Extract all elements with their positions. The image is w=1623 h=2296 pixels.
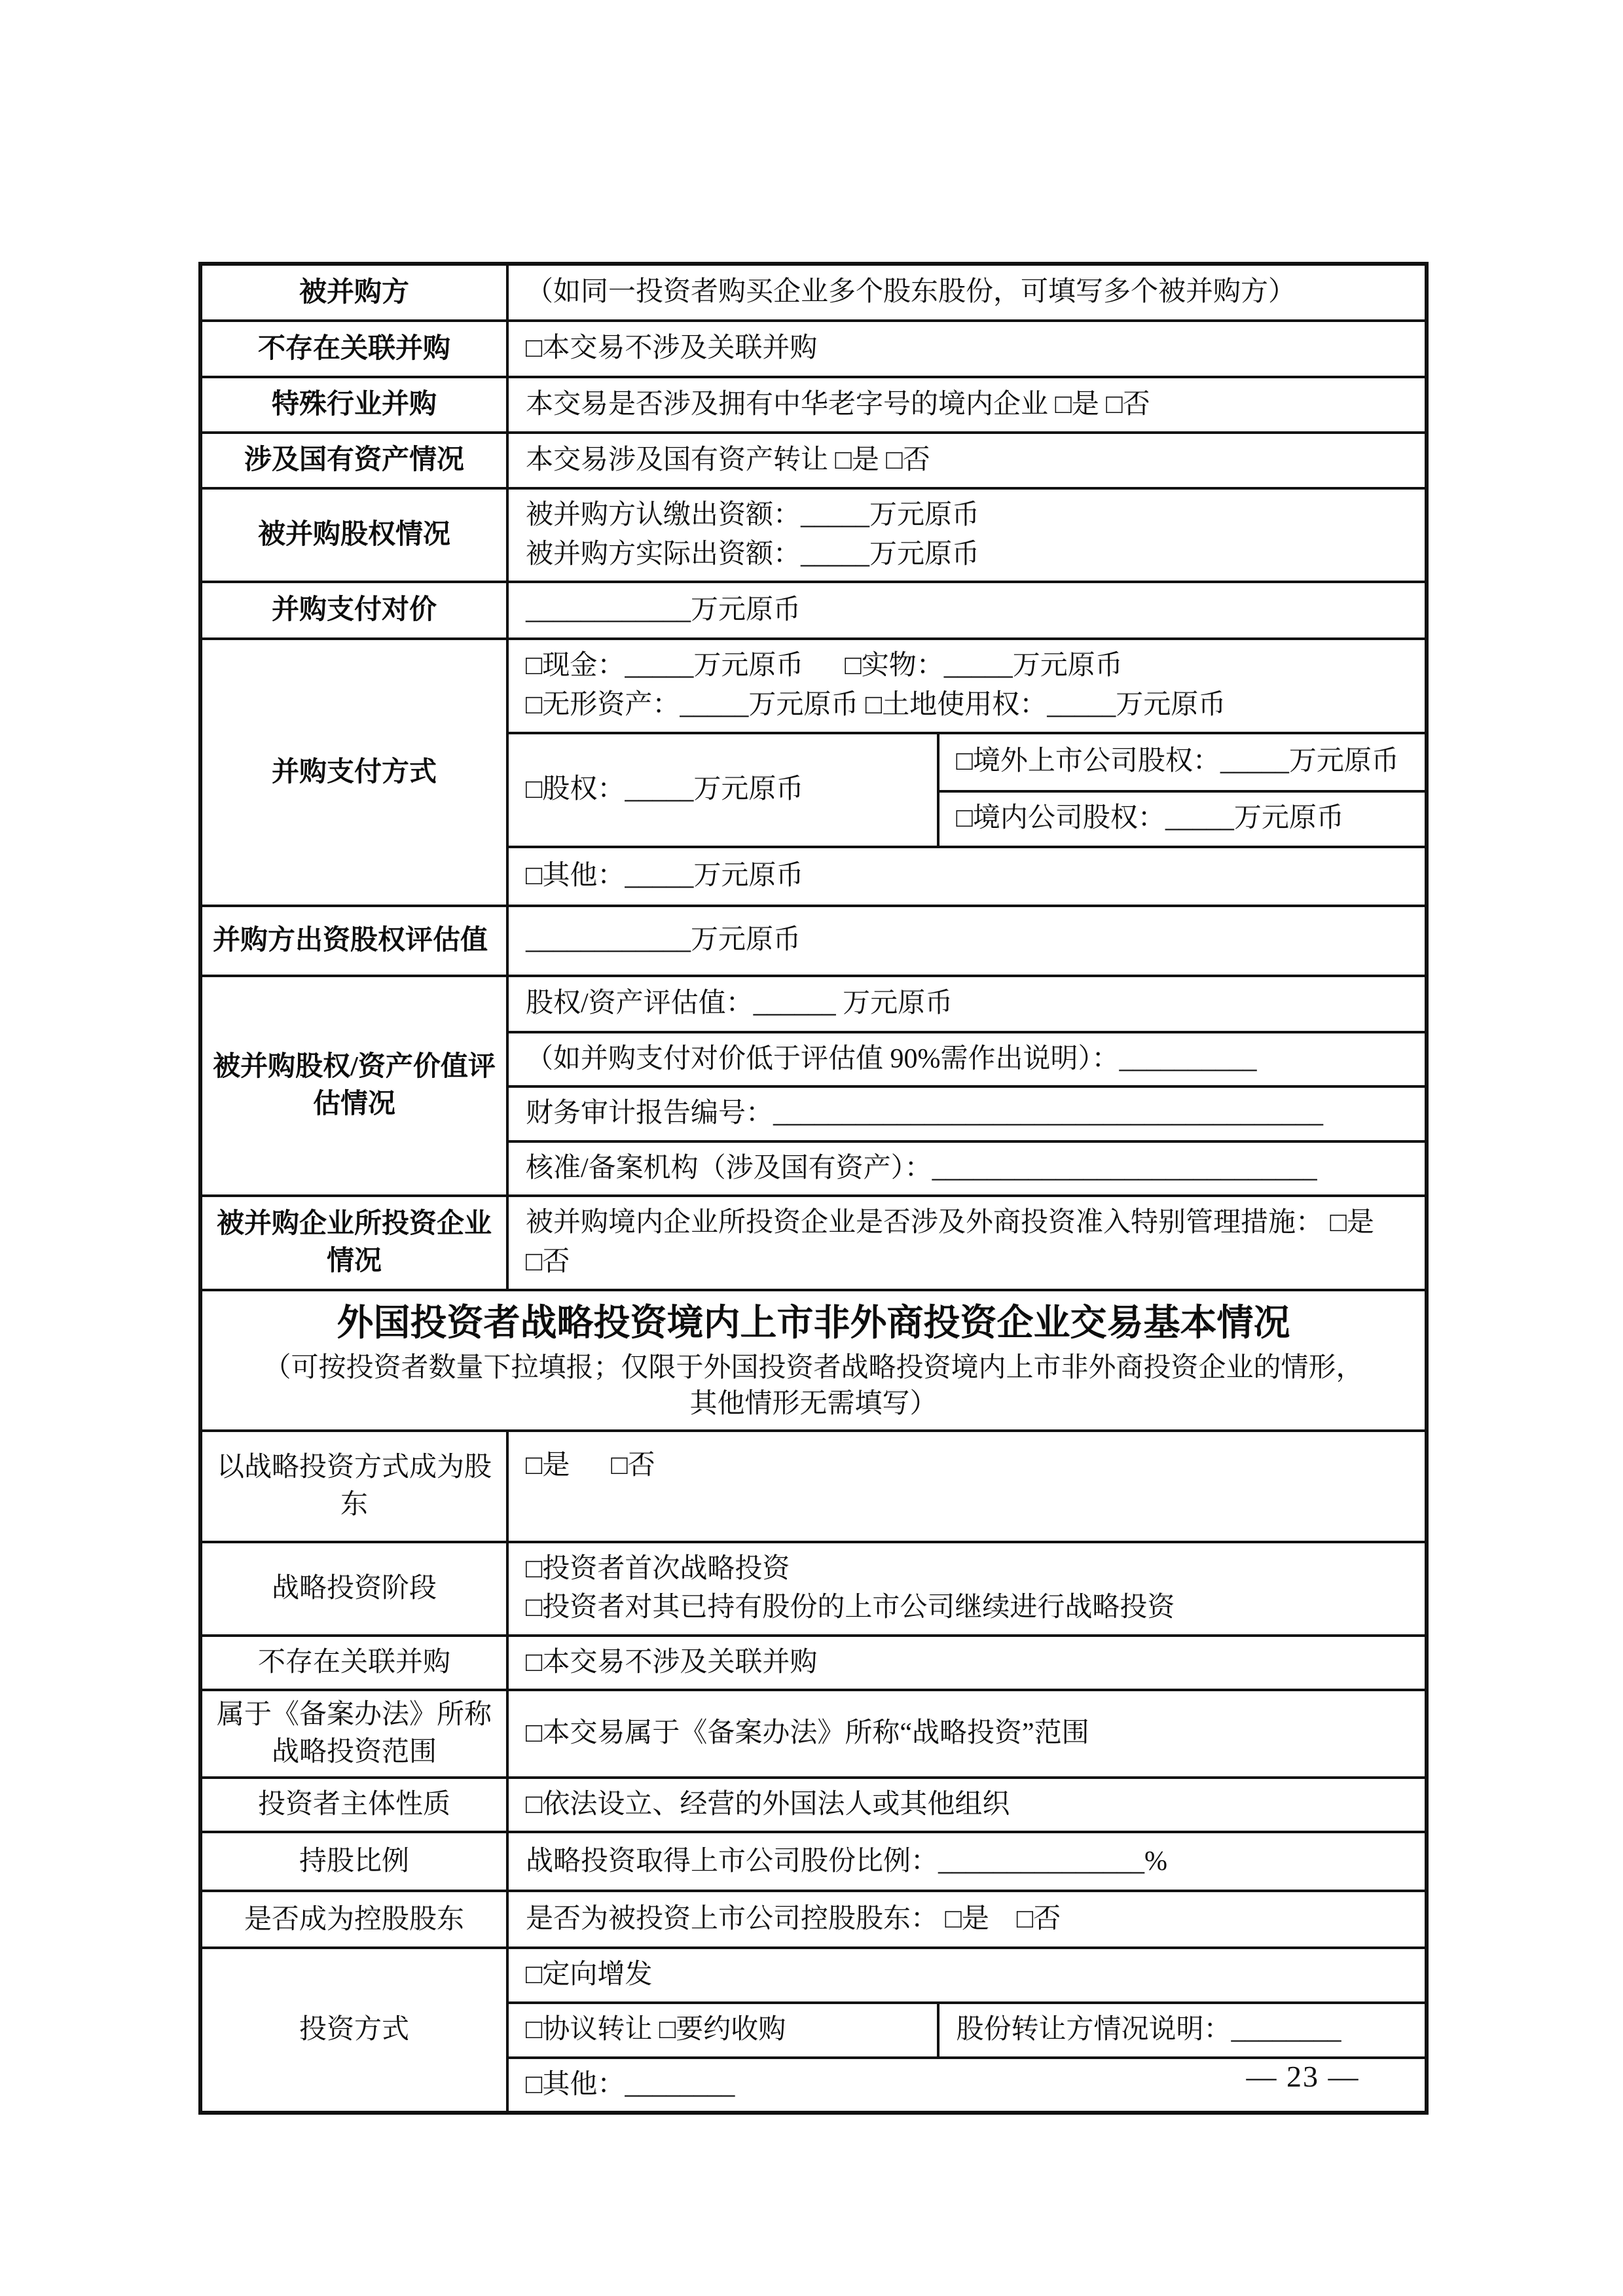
row-state-assets-label: 涉及国有资产情况 (202, 434, 509, 487)
equity-asset-valuation-field: 股权/资产评估值：______ 万元原币 (526, 984, 1408, 1024)
checkbox-agreement-tender: □协议转让 □要约收购 (526, 2011, 920, 2050)
shareholding-ratio-field: 战略投资取得上市公司股份比例：_______________% (526, 1842, 1408, 1882)
checkbox-no-related-merger-2: □本交易不涉及关联并购 (526, 1643, 1408, 1683)
row-acquirer-equity-valuation-label: 并购方出资股权评估值 (202, 907, 509, 975)
row-payment-method: 并购支付方式 □现金：_____万元原币 □实物：_____万元原币 □无形资产… (202, 637, 1425, 904)
checkbox-strategic-shareholder-yes-no: □是 □否 (526, 1446, 1408, 1486)
row-investment-method-label: 投资方式 (202, 1949, 509, 2111)
row-filing-measures-scope: 属于《备案办法》所称战略投资范围 □本交易属于《备案办法》所称“战略投资”范围 (202, 1689, 1425, 1776)
row-state-assets: 涉及国有资产情况 本交易涉及国有资产转让 □是 □否 (202, 431, 1425, 487)
row-valuation-info: 被并购股权/资产价值评估情况 股权/资产评估值：______ 万元原币 （如并购… (202, 975, 1425, 1195)
row-no-related-merger-2-label: 不存在关联并购 (202, 1637, 509, 1689)
row-strategic-investment-stage-label: 战略投资阶段 (202, 1543, 509, 1634)
ma-filing-table: 被并购方 （如同一投资者购买企业多个股东股份，可填写多个被并购方） 不存在关联并… (198, 262, 1429, 2115)
row-payment-method-label: 并购支付方式 (202, 640, 509, 904)
checkbox-filing-measures-scope: □本交易属于《备案办法》所称“战略投资”范围 (526, 1714, 1408, 1753)
row-no-related-merger: 不存在关联并购 □本交易不涉及关联并购 (202, 319, 1425, 376)
below-90pct-note-field: （如并购支付对价低于评估值 90%需作出说明）：__________ (526, 1040, 1408, 1079)
row-acquired-party-content: （如同一投资者购买企业多个股东股份，可填写多个被并购方） (526, 273, 1408, 312)
row-controlling-shareholder-label: 是否成为控股股东 (202, 1892, 509, 1946)
checkbox-cash-physical-intangible-land: □现金：_____万元原币 □实物：_____万元原币 □无形资产：_____万… (526, 647, 1408, 725)
row-no-related-merger-2: 不存在关联并购 □本交易不涉及关联并购 (202, 1634, 1425, 1689)
row-shareholding-ratio-label: 持股比例 (202, 1833, 509, 1890)
row-strategic-shareholder-label: 以战略投资方式成为股东 (202, 1432, 509, 1541)
payment-method-other-line: □其他：_____万元原币 (509, 846, 1425, 905)
transfer-party-note-field: 股份转让方情况说明：________ (957, 2011, 1408, 2050)
row-special-industry: 特殊行业并购 本交易是否涉及拥有中华老字号的境内企业 □是 □否 (202, 376, 1425, 431)
checkbox-other-payment: □其他：_____万元原币 (526, 857, 1408, 896)
checkbox-domestic-company-equity: □境内公司股权：_____万元原币 (957, 799, 1408, 838)
section2-subtitle: （可按投资者数量下拉填报；仅限于外国投资者战略投资境内上市非外商投资企业的情形，… (222, 1350, 1405, 1423)
checkbox-controlling-shareholder-yes-no: 是否为被投资上市公司控股股东： □是 □否 (526, 1900, 1408, 1939)
approval-filing-authority-field: 核准/备案机构（涉及国有资产）：________________________… (526, 1149, 1408, 1189)
row-investor-entity-nature: 投资者主体性质 □依法设立、经营的外国法人或其他组织 (202, 1776, 1425, 1831)
audit-report-number-field: 财务审计报告编号：_______________________________… (526, 1094, 1408, 1134)
checkbox-state-assets: 本交易涉及国有资产转让 □是 □否 (526, 441, 1408, 480)
row-acquired-party: 被并购方 （如同一投资者购买企业多个股东股份，可填写多个被并购方） (202, 266, 1425, 319)
row-acquired-equity-status: 被并购股权情况 被并购方认缴出资额：_____万元原币 被并购方实际出资额：__… (202, 487, 1425, 581)
payment-method-equity-block: □股权：_____万元原币 □境外上市公司股权：_____万元原币 □境内公司股… (509, 732, 1425, 846)
payment-method-cash-line: □现金：_____万元原币 □实物：_____万元原币 □无形资产：_____万… (509, 640, 1425, 731)
acquirer-equity-valuation-field: ____________万元原币 (526, 921, 1408, 960)
section2-title: 外国投资者战略投资境内上市非外商投资企业交易基本情况 (222, 1300, 1405, 1346)
row-special-industry-label: 特殊行业并购 (202, 378, 509, 431)
row-payment-consideration-label: 并购支付对价 (202, 583, 509, 637)
checkbox-no-related-merger: □本交易不涉及关联并购 (526, 329, 1408, 368)
investment-method-transfer-block: □协议转让 □要约收购 股份转让方情况说明：________ (509, 2001, 1425, 2056)
row-payment-consideration: 并购支付对价 ____________万元原币 (202, 581, 1425, 637)
scanned-form-page: 被并购方 （如同一投资者购买企业多个股东股份，可填写多个被并购方） 不存在关联并… (0, 0, 1623, 2296)
row-strategic-investment-stage: 战略投资阶段 □投资者首次战略投资 □投资者对其已持有股份的上市公司继续进行战略… (202, 1541, 1425, 1634)
checkbox-investor-entity-nature: □依法设立、经营的外国法人或其他组织 (526, 1785, 1408, 1825)
checkbox-strategic-stage-options: □投资者首次战略投资 □投资者对其已持有股份的上市公司继续进行战略投资 (526, 1550, 1408, 1628)
acquired-equity-amount-fields: 被并购方认缴出资额：_____万元原币 被并购方实际出资额：_____万元原币 (526, 496, 1408, 574)
row-invested-enterprises-label: 被并购企业所投资企业情况 (202, 1197, 509, 1288)
row-no-related-merger-label: 不存在关联并购 (202, 322, 509, 376)
checkbox-equity-payment: □股权：_____万元原币 (509, 734, 939, 846)
checkbox-special-admin-measures: 被并购境内企业所投资企业是否涉及外商投资准入特别管理措施： □是 □否 (526, 1204, 1408, 1282)
payment-consideration-field: ____________万元原币 (526, 591, 1408, 630)
row-acquirer-equity-valuation: 并购方出资股权评估值 ____________万元原币 (202, 905, 1425, 975)
checkbox-special-industry: 本交易是否涉及拥有中华老字号的境内企业 □是 □否 (526, 386, 1408, 425)
row-valuation-info-label: 被并购股权/资产价值评估情况 (202, 977, 509, 1195)
checkbox-targeted-issue: □定向增发 (526, 1956, 1408, 1995)
section2-header: 外国投资者战略投资境内上市非外商投资企业交易基本情况 （可按投资者数量下拉填报；… (202, 1289, 1425, 1429)
checkbox-overseas-listed-equity: □境外上市公司股权：_____万元原币 (957, 742, 1408, 781)
row-strategic-shareholder: 以战略投资方式成为股东 □是 □否 (202, 1429, 1425, 1541)
row-acquired-party-label: 被并购方 (202, 266, 509, 319)
row-shareholding-ratio: 持股比例 战略投资取得上市公司股份比例：_______________% (202, 1831, 1425, 1890)
row-acquired-equity-status-label: 被并购股权情况 (202, 490, 509, 581)
row-investor-entity-nature-label: 投资者主体性质 (202, 1779, 509, 1831)
row-controlling-shareholder: 是否成为控股股东 是否为被投资上市公司控股股东： □是 □否 (202, 1890, 1425, 1946)
row-filing-measures-scope-label: 属于《备案办法》所称战略投资范围 (202, 1691, 509, 1776)
row-invested-enterprises: 被并购企业所投资企业情况 被并购境内企业所投资企业是否涉及外商投资准入特别管理措… (202, 1194, 1425, 1288)
